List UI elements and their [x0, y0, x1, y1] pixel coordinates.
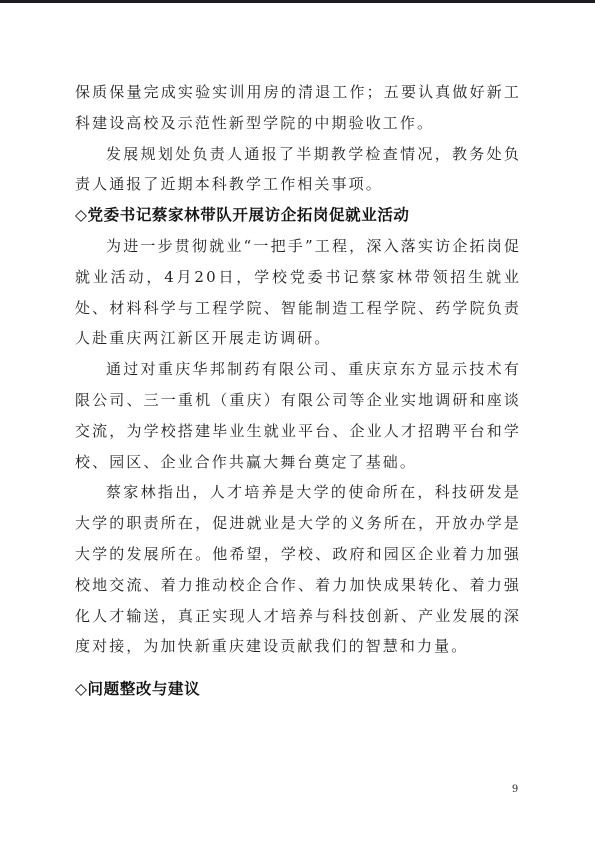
- paragraph: 蔡家林指出，人才培养是大学的使命所在，科技研发是大学的职责所在，促进就业是大学的…: [75, 477, 521, 662]
- document-page: 保质保量完成实验实训用房的清退工作；五要认真做好新工科建设高校及示范性新型学院的…: [0, 0, 595, 841]
- paragraph: 通过对重庆华邦制药有限公司、重庆京东方显示技术有限公司、三一重机（重庆）有限公司…: [75, 354, 521, 477]
- page-number: 9: [505, 784, 525, 795]
- page-top-edge-line: [0, 0, 595, 3]
- paragraph: 发展规划处负责人通报了半期教学检查情况，教务处负责人通报了近期本科教学工作相关事…: [75, 139, 521, 201]
- section-heading-problems-and-suggestions: ◇问题整改与建议: [75, 674, 521, 705]
- document-body: 保质保量完成实验实训用房的清退工作；五要认真做好新工科建设高校及示范性新型学院的…: [75, 77, 521, 705]
- paragraph: 为进一步贯彻就业“一把手”工程，深入落实访企拓岗促就业活动，4月20日，学校党委…: [75, 231, 521, 354]
- section-heading-visit-enterprises-activity: ◇党委书记蔡家林带队开展访企拓岗促就业活动: [75, 200, 521, 231]
- paragraph: 保质保量完成实验实训用房的清退工作；五要认真做好新工科建设高校及示范性新型学院的…: [75, 77, 521, 139]
